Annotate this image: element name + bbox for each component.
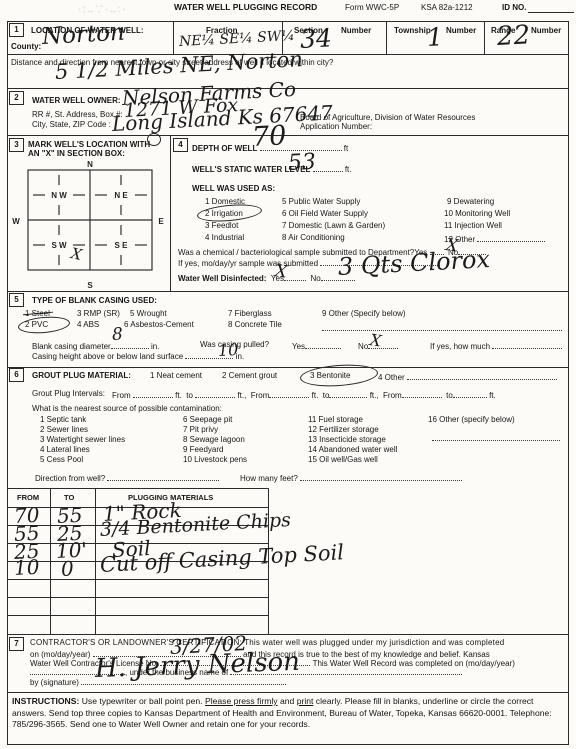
contam-lagoon: 8 Sewage lagoon (183, 435, 245, 444)
compass-south-label: S (87, 281, 93, 290)
county-label: County: (11, 42, 41, 51)
section-6-number: 6 (9, 368, 24, 382)
board-of-agriculture-line: Board of Agriculture, Division of Water … (300, 113, 475, 122)
section-3-title-line1: MARK WELL'S LOCATION WITH (28, 140, 150, 149)
city-state-zip-label: City, State, ZIP Code : (32, 120, 111, 129)
direction-from-well-line: Direction from well? (35, 472, 219, 483)
casing-pulled-no-x-mark: X (369, 332, 383, 349)
form-number: Form WWC-5P (345, 3, 399, 12)
address-label: RR #, St. Address, Box #: (32, 110, 123, 119)
casing-fiberglass: 7 Fiberglass (228, 309, 272, 318)
use-industrial: 4 Industrial (205, 233, 244, 242)
contam-insecticide: 13 Insecticide storage (308, 435, 386, 444)
contam-livestock: 10 Livestock pens (183, 455, 247, 464)
use-air-conditioning: 8 Air Conditioning (282, 233, 345, 242)
section-3-number: 3 (9, 138, 24, 152)
well-used-as-label: WELL WAS USED AS: (192, 184, 275, 193)
static-water-level-line: WELL'S STATIC WATER LEVEL ft. (192, 163, 351, 174)
range-number-label: Number (531, 26, 561, 35)
grout-cement-grout: 2 Cement grout (222, 371, 277, 380)
owner-label: WATER WELL OWNER: (32, 96, 121, 105)
section-location-grid: N S W E N W N E S W S E (8, 158, 168, 292)
table-row-from: 10 (13, 557, 39, 578)
township-label: Township (394, 26, 431, 35)
contam-other-blank (432, 432, 560, 443)
casing-other: 9 Other (Specify below) (322, 309, 406, 318)
compass-east-label: E (158, 217, 164, 226)
contam-lateral: 4 Lateral lines (40, 445, 90, 454)
use-oil-field: 6 Oil Field Water Supply (282, 209, 368, 218)
contam-sewer: 2 Sewer lines (40, 425, 88, 434)
contam-fertilizer: 12 Fertilizer storage (308, 425, 379, 434)
contamination-label: What is the nearest source of possible c… (32, 404, 222, 413)
quadrant-nw-label: N W (51, 191, 67, 200)
section-5-number: 5 (9, 293, 24, 307)
disinfected-line: Water Well Disinfected: Yes No (178, 272, 355, 283)
contam-oil-gas-well: 15 Oil well/Gas well (308, 455, 378, 464)
table-header-from: FROM (17, 494, 39, 503)
grout-other-line: 4 Other (378, 371, 557, 382)
static-level-handwriting: 53 (287, 152, 316, 175)
signature-handwriting: H. Jerry Nelson (95, 649, 301, 682)
section-number-label: Number (341, 26, 371, 35)
id-no-label: ID NO. (502, 3, 526, 12)
use-feedlot: 3 Feedlot (205, 221, 238, 230)
casing-other-blank (322, 322, 562, 333)
section-value-handwriting: 34 (299, 25, 332, 52)
use-dewatering: 9 Dewatering (447, 197, 494, 206)
use-other-line: 12 Other (444, 233, 545, 244)
use-injection: 11 Injection Well (444, 221, 502, 230)
instructions-label: INSTRUCTIONS: (12, 696, 79, 706)
casing-diameter-handwriting: 8 (112, 326, 124, 344)
section-4-number: 4 (173, 138, 188, 152)
township-value-handwriting: 1 (426, 24, 443, 50)
contam-privy: 7 Pit privy (183, 425, 218, 434)
instructions-paragraph: INSTRUCTIONS: Use typewriter or ball poi… (12, 696, 562, 731)
range-value-handwriting: 22 (496, 22, 530, 50)
contam-watertight: 3 Watertight sewer lines (40, 435, 125, 444)
casing-wrought: 5 Wrought (130, 309, 167, 318)
contam-feedyard: 9 Feedyard (183, 445, 223, 454)
casing-pulled-yes: Yes (292, 340, 341, 351)
contam-cesspool: 5 Cess Pool (40, 455, 83, 464)
section-7-number: 7 (9, 637, 24, 651)
county-value-handwriting: Norton (41, 22, 125, 49)
casing-asbestos: 6 Asbestos-Cement (124, 320, 194, 329)
quadrant-sw-label: S W (51, 241, 67, 250)
contam-other: 16 Other (specify below) (428, 415, 515, 424)
grout-neat-cement: 1 Neat cement (150, 371, 202, 380)
scanned-form-page: ·:‥⸪·‥:· WATER WELL PLUGGING RECORD Form… (0, 0, 576, 749)
contam-abandoned-well: 14 Abandoned water well (308, 445, 397, 454)
quadrant-se-label: S E (115, 241, 129, 250)
how-much-line: If yes, how much (430, 340, 562, 351)
disinfected-yes-x-mark: X (274, 263, 288, 282)
casing-rmp: 3 RMP (SR) (77, 309, 120, 318)
casing-abs: 4 ABS (77, 320, 99, 329)
certification-line1: CONTRACTOR'S OR LANDOWNER'S CERTIFICATIO… (30, 638, 504, 647)
grout-intervals-label: Grout Plug Intervals: (32, 389, 105, 398)
casing-height-line: Casing height above or below land surfac… (32, 350, 244, 361)
statute-ref: KSA 82a-1212 (421, 3, 473, 12)
how-many-feet-line: How many feet? (240, 472, 462, 483)
casing-concrete-tile: 8 Concrete Tile (228, 320, 282, 329)
stray-pen-mark (147, 133, 161, 146)
township-number-label: Number (446, 26, 476, 35)
use-public-water: 5 Public Water Supply (282, 197, 360, 206)
disinfected-note-handwriting: 3 Qts Clorox (337, 247, 490, 279)
section-5-title: TYPE OF BLANK CASING USED: (32, 296, 157, 305)
use-monitoring: 10 Monitoring Well (444, 209, 510, 218)
section-3-title-line2: AN "X" IN SECTION BOX: (28, 149, 125, 158)
grout-intervals-line: From ft. to ft., From ft. to ft., From t… (112, 389, 496, 400)
section-6-title: GROUT PLUG MATERIAL: (32, 371, 131, 380)
contam-seepage: 6 Seepage pit (183, 415, 232, 424)
compass-west-label: W (12, 217, 20, 226)
use-domestic-lawn: 7 Domestic (Lawn & Garden) (282, 221, 385, 230)
compass-north-label: N (87, 160, 93, 169)
contam-fuel: 11 Fuel storage (308, 415, 363, 424)
depth-value-handwriting: 70 (251, 122, 287, 151)
form-title: WATER WELL PLUGGING RECORD (174, 3, 317, 13)
casing-height-handwriting: 10 (218, 342, 239, 359)
quadrant-ne-label: N E (114, 191, 128, 200)
table-row-to: 0 (60, 558, 74, 579)
contam-septic: 1 Septic tank (40, 415, 86, 424)
section-1-number: 1 (9, 23, 24, 37)
received-stamp: ·:‥⸪·‥:· (78, 2, 127, 15)
table-header-to: TO (64, 494, 74, 503)
section-2-number: 2 (9, 91, 24, 105)
application-number-label: Application Number: (300, 122, 372, 131)
